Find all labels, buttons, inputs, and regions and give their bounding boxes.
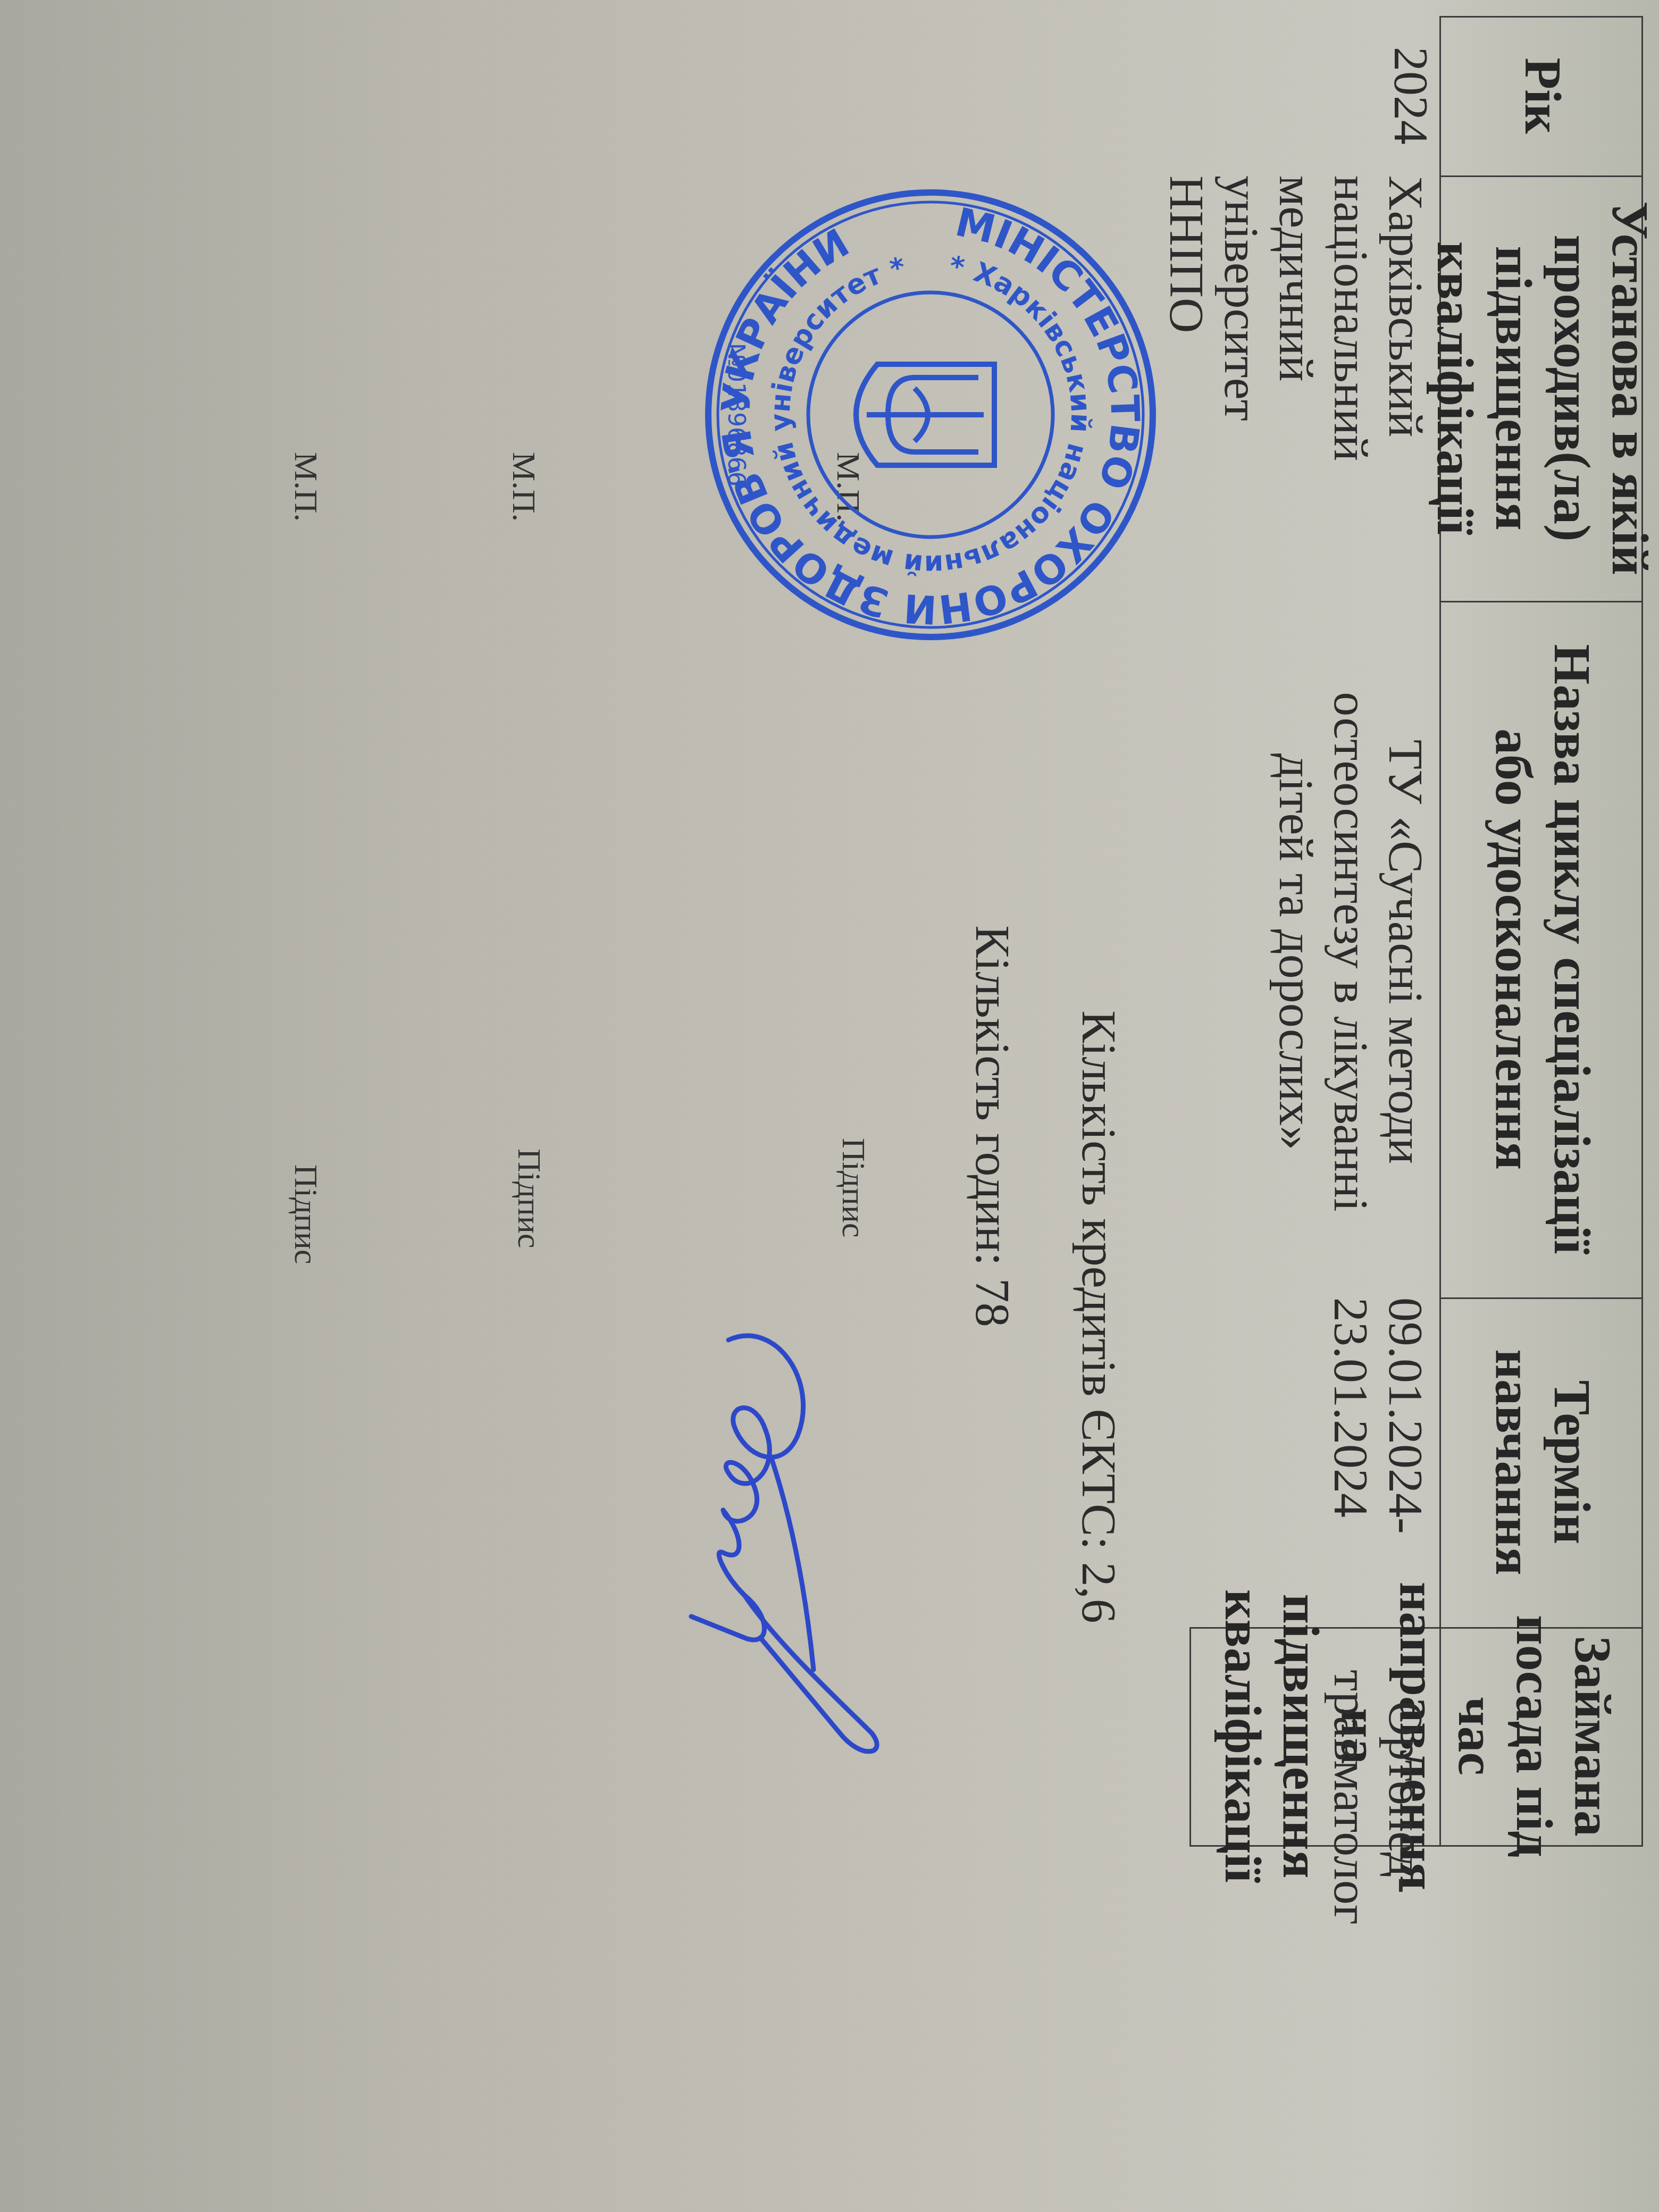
qualification-table: Рік Установа в якій проходив(ла) підвище…: [1164, 16, 1643, 1845]
institution-line: ННІПО: [1159, 175, 1214, 333]
cell-year: 2024: [1375, 16, 1438, 175]
cell-position: Ортопед-травматолог: [1369, 1627, 1433, 1951]
signature-label: Підпис: [834, 1138, 872, 1237]
header-course: Назва циклу спеціалізації або удосконале…: [1441, 601, 1643, 1297]
stamp-place-label: М.П.: [505, 452, 542, 522]
stamp-code: №01896866: [723, 343, 750, 487]
institution-line: медичний: [1269, 175, 1323, 382]
official-stamp: МІНІСТЕРСТВО ОХОРОНИ ЗДОРОВ'Я УКРАЇНИ * …: [697, 175, 1164, 654]
signature-label: Підпис: [287, 1164, 324, 1264]
cell-period: 09.01.2024- 23.01.2024: [1316, 1297, 1433, 1627]
cell-course: ТУ «Сучасні методи остеосинтезу в лікува…: [1263, 617, 1433, 1287]
signature-label: Підпис: [510, 1149, 548, 1248]
institution-line: національний: [1323, 175, 1378, 461]
institution-line: університет: [1214, 175, 1269, 421]
trident-icon: [856, 364, 994, 465]
stamp-place-label: М.П.: [287, 452, 324, 522]
period-end: 23.01.2024: [1323, 1297, 1378, 1518]
credits-text: Кількість кредитів ЄКТС: 2,6: [1071, 1010, 1127, 1623]
document-page: Рік Установа в якій проходив(ла) підвище…: [0, 0, 1659, 2212]
period-start: 09.01.2024-: [1378, 1297, 1433, 1534]
header-period: Термін навчання: [1441, 1297, 1643, 1627]
header-year: Рік: [1441, 16, 1643, 175]
handwritten-signature: [670, 1297, 904, 1776]
cell-institution: Харківський національний медичний універ…: [1157, 175, 1433, 601]
institution-line: Харківський: [1378, 175, 1433, 437]
photo-background: Рік Установа в якій проходив(ла) підвище…: [0, 0, 1659, 2212]
hours-text: Кількість годин: 78: [965, 925, 1021, 1327]
header-institution: Установа в якій проходив(ла) підвищення …: [1441, 175, 1643, 601]
